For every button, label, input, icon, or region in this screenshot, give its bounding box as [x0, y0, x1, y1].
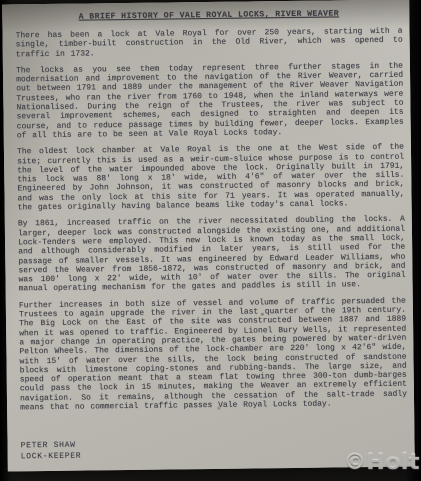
- photo-frame: A BRIEF HISTORY OF VALE ROYAL LOCKS, RIV…: [0, 0, 421, 481]
- paragraph-big-lock: Further increases in both size of vessel…: [19, 296, 407, 412]
- paragraph-oldest-lock: The oldest lock chamber at Vale Royal is…: [17, 143, 405, 213]
- signature-block: PETER SHAW LOCK-KEEPER: [21, 441, 82, 463]
- paragraph-three-stages: The locks as you see them today represen…: [16, 62, 404, 141]
- copyright-watermark: ©Holt: [344, 450, 420, 475]
- document-title: A BRIEF HISTORY OF VALE ROYAL LOCKS, RIV…: [15, 9, 402, 23]
- signature-role: LOCK-KEEPER: [21, 451, 82, 462]
- paper-sheet: A BRIEF HISTORY OF VALE ROYAL LOCKS, RIV…: [2, 0, 415, 471]
- signature-name: PETER SHAW: [21, 441, 82, 452]
- paragraph-intro: There has been a lock at Vale Royal for …: [15, 27, 402, 60]
- paragraph-small-lock: By 1861, increased traffic on the river …: [18, 215, 406, 294]
